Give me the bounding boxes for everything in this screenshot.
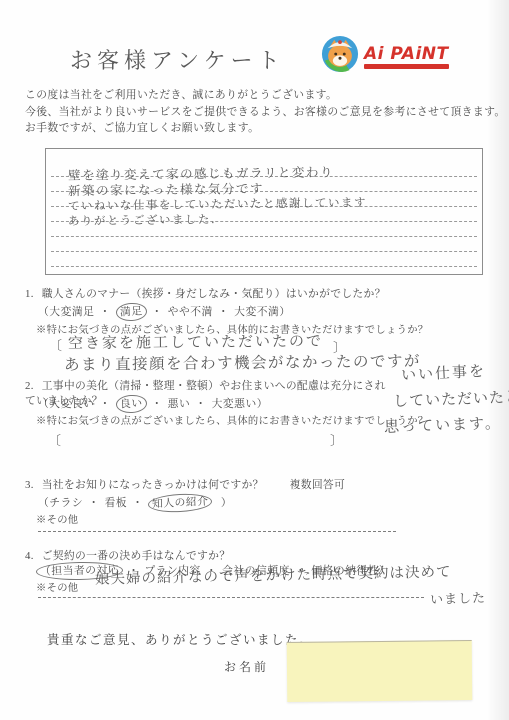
mascot-icon bbox=[321, 35, 359, 78]
question-2-margin-note: 思っています。 bbox=[384, 412, 502, 437]
answer-bracket-open: 〔 bbox=[48, 430, 61, 449]
survey-scan-page: お客様アンケート Ai PAiNT この度は当社をご利用いただき、誠にあ bbox=[0, 0, 509, 720]
intro-line: 今後、当社がより良いサービスをご提供できるよう、お客様のご意見を参考にさせて頂き… bbox=[25, 104, 506, 121]
option: 看板 bbox=[104, 497, 127, 509]
question-3-options: （チラシ・看板・知人の紹介） bbox=[38, 494, 232, 512]
option: 大変満足 bbox=[49, 306, 94, 318]
question-2-margin-note: していただいたと bbox=[393, 386, 509, 411]
brand-underline-bar bbox=[364, 64, 449, 69]
option: 大変良い bbox=[49, 398, 94, 410]
guide-line bbox=[51, 266, 477, 267]
question-4-title: 4.ご契約の一番の決め手はなんですか？ bbox=[25, 548, 230, 563]
question-4-note: ※その他 bbox=[36, 579, 78, 594]
guide-line bbox=[51, 236, 477, 237]
name-label: お名前 bbox=[224, 658, 269, 675]
answer-bracket-close: 〕 bbox=[330, 430, 343, 449]
handwritten-comment-line: ていねいな仕事をしていただいたと感謝しています bbox=[68, 194, 367, 214]
question-3-title: 3.当社をお知りになったきっかけは何ですか？複数回答可 bbox=[25, 477, 345, 492]
question-1-handwritten-answer: あまり直接顔を合わす機会がなかったのですが bbox=[64, 349, 421, 375]
option-selected: 良い bbox=[115, 394, 146, 414]
brand-name: Ai PAiNT bbox=[364, 45, 449, 63]
option-selected: 知人の紹介 bbox=[148, 492, 213, 513]
multi-answer-label: 複数回答可 bbox=[290, 479, 345, 491]
option: 悪い bbox=[168, 398, 191, 410]
answer-dashed-line bbox=[38, 531, 396, 532]
thanks-message: 貴重なご意見、ありがとうございました。 bbox=[47, 630, 313, 648]
privacy-sticky-note bbox=[287, 640, 473, 702]
question-4-handwritten-answer: いました bbox=[430, 587, 487, 608]
free-comment-box: 壁を塗り変えて家の感じもガラリと変わり 新築の家になった様な気分です ていねいな… bbox=[45, 148, 483, 275]
page-title: お客様アンケート bbox=[70, 44, 285, 75]
question-1-options: （大変満足・満足・やや不満・大変不満） bbox=[38, 303, 291, 321]
brand-logo: Ai PAiNT bbox=[321, 35, 449, 78]
question-3-note: ※その他 bbox=[36, 511, 78, 526]
option: チラシ bbox=[49, 497, 83, 509]
question-1-title: 1.職人さんのマナー（挨拶・身だしなみ・気配り）はいかがでしたか？ bbox=[25, 286, 386, 301]
intro-line: お手数ですが、ご協力宜しくお願い致します。 bbox=[25, 120, 506, 137]
question-2-margin-note: いい仕事を bbox=[401, 360, 487, 385]
option-selected: 満足 bbox=[115, 302, 146, 322]
intro-line: この度は当社をご利用いただき、誠にありがとうございます。 bbox=[25, 87, 506, 104]
intro-paragraph: この度は当社をご利用いただき、誠にありがとうございます。 今後、当社がより良いサ… bbox=[25, 87, 506, 137]
option: やや不満 bbox=[168, 306, 213, 318]
question-2-note: ※特にお気づきの点がございましたら、具体的にお書きいただけますでしょうか？ bbox=[36, 412, 428, 427]
answer-dashed-line bbox=[38, 597, 424, 598]
option: 大変悪い bbox=[212, 398, 257, 410]
handwritten-comment-line: ありがとうございました. bbox=[68, 211, 216, 229]
question-2-options: （大変良い・良い・悪い・大変悪い） bbox=[38, 395, 268, 413]
answer-bracket-open: 〔 bbox=[49, 335, 62, 354]
guide-line bbox=[51, 251, 477, 252]
option: 大変不満 bbox=[234, 306, 279, 318]
